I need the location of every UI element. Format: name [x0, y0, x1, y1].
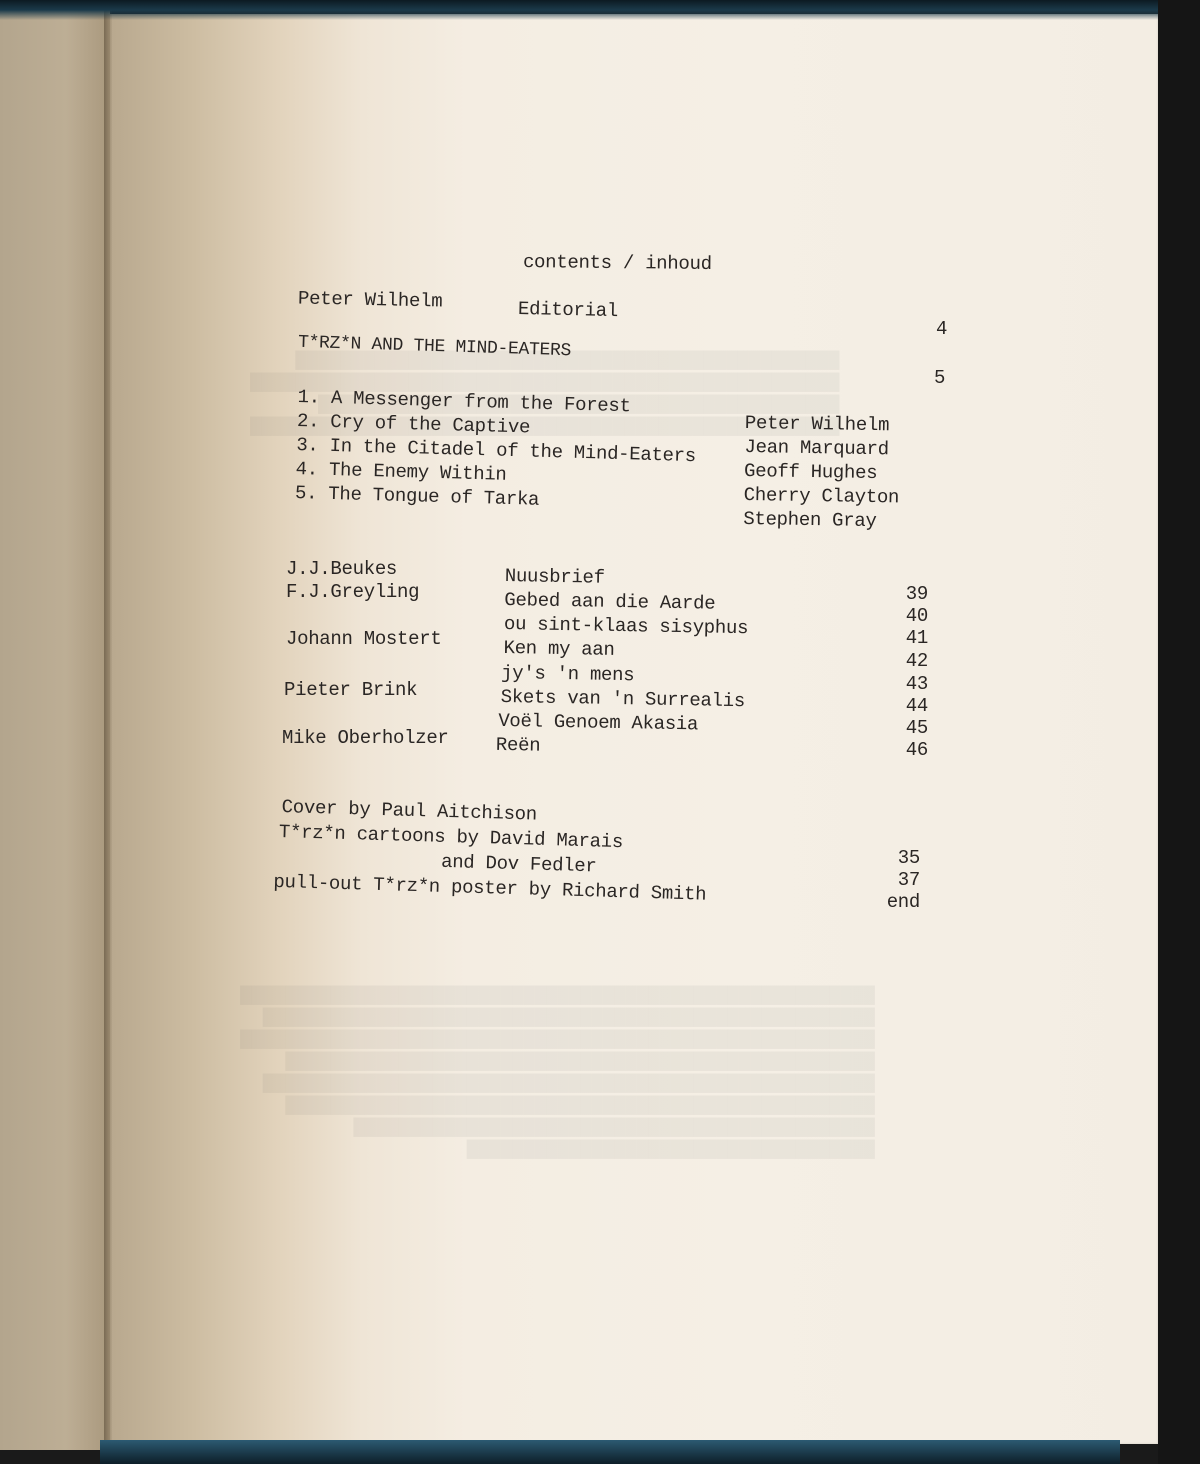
- page-number: 40: [898, 605, 928, 627]
- page-number: 44: [898, 695, 928, 717]
- afrikaans-title: Nuusbrief: [505, 565, 605, 589]
- contents-heading: contents / inhoud: [523, 251, 712, 275]
- page-number: 42: [898, 650, 928, 673]
- afrikaans-title: ou sint-klaas sisyphus: [504, 613, 749, 639]
- page-number: 41: [898, 627, 928, 650]
- poster-credit: pull-out T*rz*n poster by Richard Smith: [273, 871, 706, 906]
- afrikaans-title: Ken my aan: [503, 637, 614, 661]
- chapter-author: Cherry Clayton: [744, 484, 900, 508]
- afrikaans-page-list: 39 40 41 42 43 44 45 46: [898, 583, 928, 761]
- afrikaans-title: jy's 'n mens: [501, 662, 635, 686]
- page-number: 45: [898, 717, 928, 739]
- page-number: 46: [898, 739, 928, 761]
- cartoons-credit-cont: and Dov Fedler: [441, 851, 597, 878]
- chapter-author: Geoff Hughes: [744, 460, 878, 484]
- serial-page: 5: [934, 367, 945, 389]
- page-number: 37: [870, 869, 920, 891]
- chapter-title: 4. The Enemy Within: [295, 458, 506, 486]
- editorial-author: Peter Wilhelm: [298, 287, 443, 312]
- afrikaans-title: Reën: [496, 734, 541, 757]
- afrikaans-author: J.J.Beukes: [286, 558, 397, 580]
- afrikaans-title: Voël Genoem Akasia: [498, 710, 698, 735]
- chapter-title: 5. The Tongue of Tarka: [295, 482, 540, 511]
- afrikaans-author: Pieter Brink: [284, 679, 417, 701]
- cover-credit: Cover by Paul Aitchison: [281, 796, 537, 826]
- afrikaans-author: Mike Oberholzer: [282, 727, 449, 749]
- page-number: end: [870, 891, 920, 913]
- cartoons-credit: T*rz*n cartoons by David Marais: [279, 821, 624, 853]
- afrikaans-title: Skets van 'n Surrealis: [501, 686, 746, 712]
- afrikaans-title: Gebed aan die Aarde: [504, 589, 715, 615]
- chapter-author: Jean Marquard: [744, 436, 889, 460]
- page-number: 43: [898, 673, 928, 695]
- chapter-author: Stephen Gray: [743, 508, 877, 532]
- editorial-title: Editorial: [518, 298, 618, 322]
- table-of-contents: contents / inhoud Peter Wilhelm Editoria…: [0, 0, 1200, 1464]
- editorial-page: 4: [936, 318, 947, 340]
- afrikaans-author: F.J.Greyling: [286, 581, 419, 603]
- chapter-author: Peter Wilhelm: [745, 412, 890, 436]
- credits-page-list: 35 37 end: [870, 847, 920, 913]
- afrikaans-author: Johann Mostert: [286, 628, 441, 650]
- page-number: 35: [870, 847, 920, 869]
- page-number: 39: [898, 583, 928, 605]
- serial-title: T*RZ*N AND THE MIND-EATERS: [298, 333, 572, 362]
